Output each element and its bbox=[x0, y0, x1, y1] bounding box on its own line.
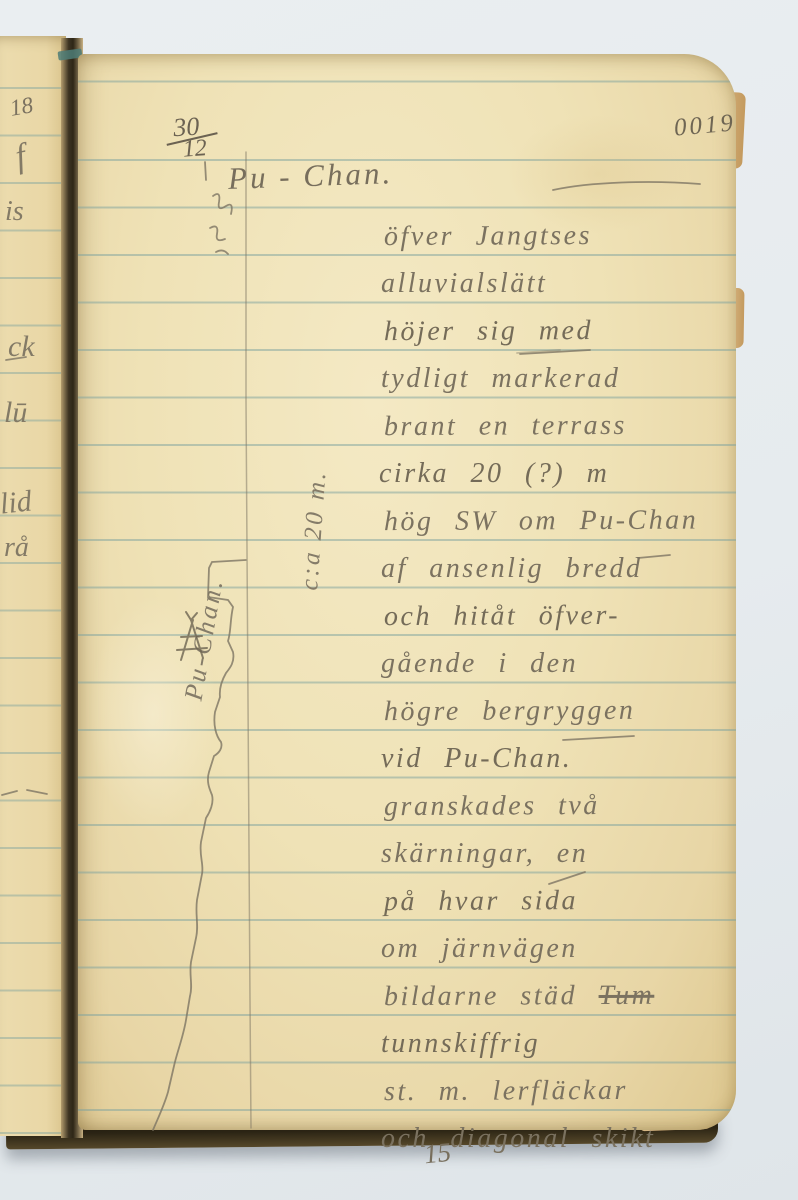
handwriting-line: cirka 20 (?) m bbox=[379, 450, 798, 498]
handwriting-line: höjer sig med bbox=[384, 306, 798, 356]
handwriting-line: alluvialslätt bbox=[381, 260, 798, 308]
handwriting-line: st. m. lerfläckar bbox=[384, 1066, 798, 1116]
text-fragment: lū bbox=[4, 396, 27, 430]
text-fragment: lid bbox=[0, 484, 33, 521]
handwriting-line: öfver Jangtses bbox=[384, 211, 798, 261]
handwriting-line: tydligt markerad bbox=[381, 355, 798, 403]
previous-page-sliver: 18 fiscklūlidrå bbox=[0, 36, 66, 1136]
handwriting-line: högre bergryggen bbox=[384, 686, 798, 736]
handwriting-line: och hitåt öfver- bbox=[384, 591, 798, 641]
handwriting-line: granskades två bbox=[384, 781, 798, 831]
page-heading: Pu - Chan. bbox=[227, 155, 393, 197]
handwriting-line: vid Pu-Chan. bbox=[381, 735, 798, 783]
archive-number: 0019 bbox=[673, 109, 737, 142]
handwriting-line: gående i den bbox=[381, 640, 798, 688]
notebook-page: 0019 30 12 Pu - Chan. öfver Jangtsesallu… bbox=[78, 54, 736, 1130]
handwriting-line: brant en terrass bbox=[384, 401, 798, 451]
handwriting-line: om järnvägen bbox=[381, 925, 798, 973]
date-fraction: 30 12 bbox=[164, 110, 219, 165]
page-number-bottom: 15 bbox=[422, 1137, 452, 1171]
handwriting-line: tunnskiffrig bbox=[381, 1020, 798, 1068]
handwriting-line: af ansenlig bredd bbox=[381, 545, 798, 593]
text-fragment: rå bbox=[4, 532, 29, 564]
text-fragment: ck bbox=[8, 330, 35, 364]
previous-page-number: 18 bbox=[8, 92, 35, 122]
handwriting-line: skärningar, en bbox=[381, 830, 798, 878]
handwriting-line: bildarne städ Tum bbox=[384, 971, 798, 1021]
handwritten-body-text: öfver Jangtsesalluvialslätthöjer sig med… bbox=[381, 212, 798, 1162]
scanned-notebook-scene: 18 fiscklūlidrå 0019 30 12 Pu - Chan. öf… bbox=[0, 0, 798, 1200]
handwriting-line: på hvar sida bbox=[384, 876, 798, 926]
struck-word: Tum bbox=[598, 980, 654, 1011]
text-fragment: is bbox=[5, 196, 24, 228]
handwriting-line: hög SW om Pu-Chan bbox=[384, 496, 798, 546]
